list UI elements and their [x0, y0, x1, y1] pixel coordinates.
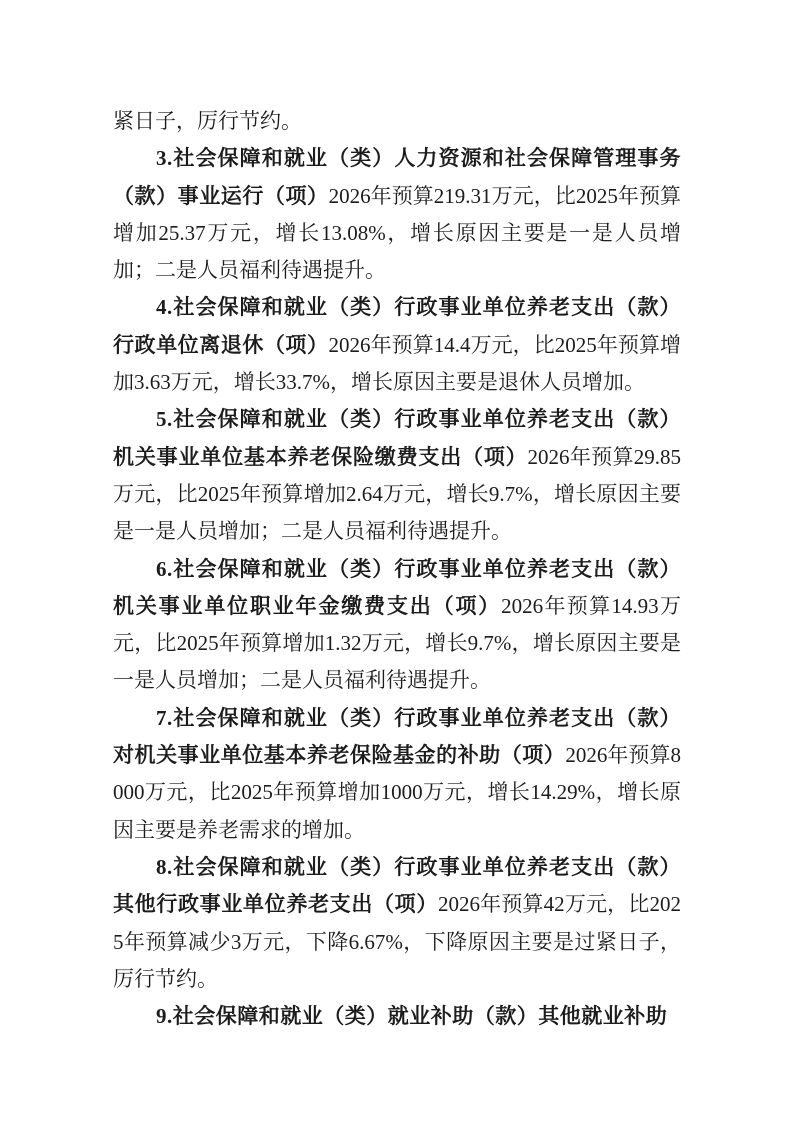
budget-item-5-paragraph: 5.社会保障和就业（类）行政事业单位养老支出（款）机关事业单位基本养老保险缴费支…: [113, 401, 681, 550]
paragraph-body-text: 紧日子，厉行节约。: [113, 109, 302, 133]
document-page: 紧日子，厉行节约。 3.社会保障和就业（类）人力资源和社会保障管理事务（款）事业…: [0, 0, 793, 1122]
budget-item-7-paragraph: 7.社会保障和就业（类）行政事业单位养老支出（款）对机关事业单位基本养老保险基金…: [113, 700, 681, 849]
budget-item-9-paragraph: 9.社会保障和就业（类）就业补助（款）其他就业补助: [113, 998, 681, 1035]
budget-item-6-paragraph: 6.社会保障和就业（类）行政事业单位养老支出（款）机关事业单位职业年金缴费支出（…: [113, 551, 681, 700]
paragraph-continuation: 紧日子，厉行节约。: [113, 103, 681, 140]
budget-item-8-paragraph: 8.社会保障和就业（类）行政事业单位养老支出（款）其他行政事业单位养老支出（项）…: [113, 849, 681, 998]
budget-item-4-paragraph: 4.社会保障和就业（类）行政事业单位养老支出（款）行政单位离退休（项）2026年…: [113, 289, 681, 401]
budget-item-9-heading: 9.社会保障和就业（类）就业补助（款）其他就业补助: [156, 1004, 667, 1028]
budget-item-3-paragraph: 3.社会保障和就业（类）人力资源和社会保障管理事务（款）事业运行（项）2026年…: [113, 140, 681, 289]
